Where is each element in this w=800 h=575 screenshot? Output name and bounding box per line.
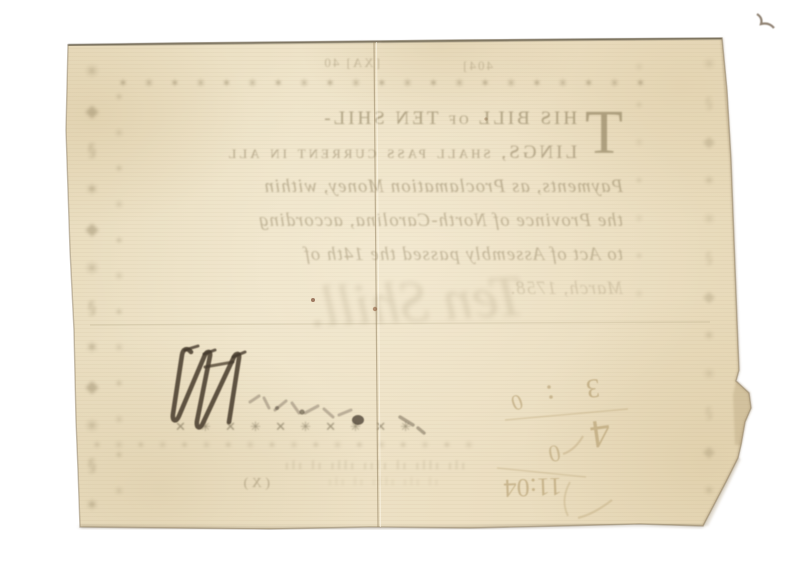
ink-and-edge-overlay: 3 0 4 0 11:04: [0, 0, 800, 575]
stray-fiber-mark: [757, 14, 774, 28]
handwritten-w-serif: [185, 346, 245, 357]
handwritten-signature: [173, 346, 424, 433]
faded-comma-stroke: [400, 417, 424, 433]
paper-bottom-edge-shadow: [80, 524, 703, 529]
rust-speck-3: [484, 117, 487, 120]
scanned-currency-note-photo: [XA] 40 404] ✶ ✳ ✶ ✳ ✶ ✳ ✶ ✳ ✶ ✳ ✶ ✳ ✶ ✳…: [0, 0, 800, 575]
ink-blob-small-2: [275, 406, 279, 410]
rust-speck-1: [311, 298, 315, 302]
bottom-right-cut-shading: [703, 458, 741, 526]
figure-scribble-1: [563, 436, 583, 454]
handwritten-figures: 3 0 4 0 11:04: [497, 373, 628, 518]
creases: [90, 42, 710, 527]
paper-outline: [66, 38, 751, 529]
figure-colon-dot-2: [549, 395, 553, 399]
figure-0-top: 0: [508, 389, 527, 416]
paper-top-edge-shadow: [68, 39, 722, 46]
figure-4: 4: [588, 410, 614, 457]
paper-edges: [66, 38, 751, 529]
rust-speck-2: [373, 307, 377, 311]
right-edge-flap-shading: [733, 381, 751, 445]
horizontal-crease: [90, 322, 710, 325]
figure-0-mid: 0: [546, 439, 563, 467]
handwritten-w-stroke: [173, 349, 239, 427]
figure-3: 3: [585, 373, 602, 404]
figure-scribble-3: [564, 482, 570, 516]
figure-scribble-2: [578, 500, 612, 518]
stains-and-specks: [311, 14, 774, 311]
ink-blob-large: [352, 415, 364, 425]
ink-blob-small-1: [299, 409, 304, 414]
figure-colon-dot-1: [547, 385, 551, 389]
figure-1104: 11:04: [503, 472, 562, 503]
paper-right-edge-shadow: [703, 38, 751, 526]
